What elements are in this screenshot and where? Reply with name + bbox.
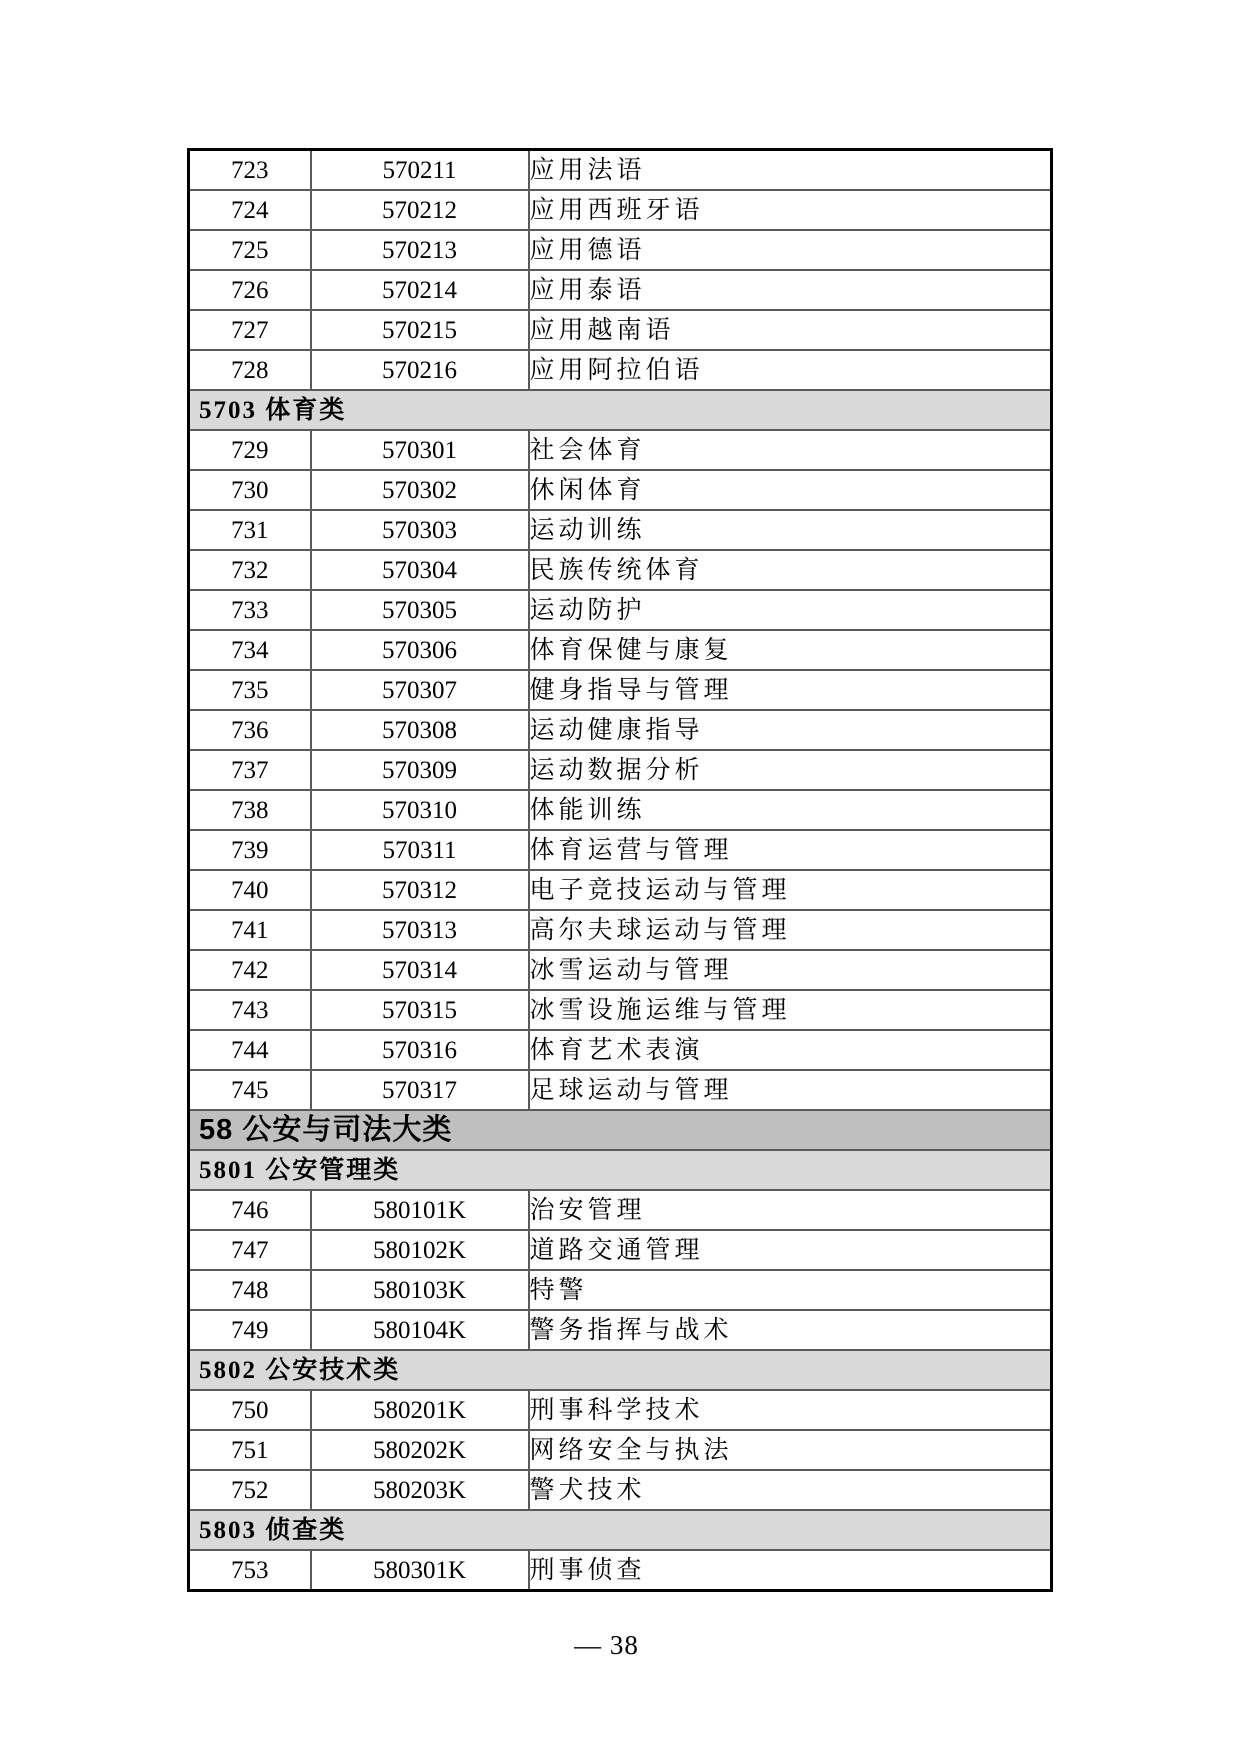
- code-cell: 570304: [311, 550, 529, 590]
- code-cell: 580101K: [311, 1190, 529, 1230]
- seq-cell: 749: [189, 1310, 311, 1350]
- seq-cell: 744: [189, 1030, 311, 1070]
- code-cell: 580301K: [311, 1550, 529, 1591]
- table-row: 748580103K特警: [189, 1270, 1052, 1310]
- name-cell: 社会体育: [529, 430, 1052, 470]
- section-header-label: 5801 公安管理类: [189, 1150, 1052, 1190]
- table-row: 723570211应用法语: [189, 150, 1052, 191]
- name-cell: 道路交通管理: [529, 1230, 1052, 1270]
- code-cell: 570302: [311, 470, 529, 510]
- name-cell: 应用德语: [529, 230, 1052, 270]
- code-cell: 570308: [311, 710, 529, 750]
- name-cell: 冰雪设施运维与管理: [529, 990, 1052, 1030]
- name-cell: 应用西班牙语: [529, 190, 1052, 230]
- seq-cell: 752: [189, 1470, 311, 1510]
- majors-table: 723570211应用法语724570212应用西班牙语725570213应用德…: [187, 148, 1053, 1592]
- code-cell: 570212: [311, 190, 529, 230]
- seq-cell: 731: [189, 510, 311, 550]
- table-row: 733570305运动防护: [189, 590, 1052, 630]
- code-cell: 570216: [311, 350, 529, 390]
- table-row: 738570310体能训练: [189, 790, 1052, 830]
- table-row: 747580102K道路交通管理: [189, 1230, 1052, 1270]
- code-cell: 580102K: [311, 1230, 529, 1270]
- code-cell: 570306: [311, 630, 529, 670]
- name-cell: 警务指挥与战术: [529, 1310, 1052, 1350]
- table-row: 741570313高尔夫球运动与管理: [189, 910, 1052, 950]
- table-row: 746580101K治安管理: [189, 1190, 1052, 1230]
- category-header-row: 58 公安与司法大类: [189, 1110, 1052, 1150]
- seq-cell: 732: [189, 550, 311, 590]
- code-cell: 570310: [311, 790, 529, 830]
- table-row: 740570312电子竞技运动与管理: [189, 870, 1052, 910]
- table-row: 739570311体育运营与管理: [189, 830, 1052, 870]
- seq-cell: 739: [189, 830, 311, 870]
- name-cell: 高尔夫球运动与管理: [529, 910, 1052, 950]
- section-header-row: 5803 侦查类: [189, 1510, 1052, 1550]
- seq-cell: 745: [189, 1070, 311, 1110]
- table-row: 725570213应用德语: [189, 230, 1052, 270]
- seq-cell: 747: [189, 1230, 311, 1270]
- seq-cell: 735: [189, 670, 311, 710]
- seq-cell: 743: [189, 990, 311, 1030]
- table-row: 745570317足球运动与管理: [189, 1070, 1052, 1110]
- name-cell: 休闲体育: [529, 470, 1052, 510]
- seq-cell: 740: [189, 870, 311, 910]
- name-cell: 运动数据分析: [529, 750, 1052, 790]
- seq-cell: 753: [189, 1550, 311, 1591]
- seq-cell: 729: [189, 430, 311, 470]
- name-cell: 刑事科学技术: [529, 1390, 1052, 1430]
- table-row: 743570315冰雪设施运维与管理: [189, 990, 1052, 1030]
- name-cell: 运动防护: [529, 590, 1052, 630]
- code-cell: 570314: [311, 950, 529, 990]
- name-cell: 特警: [529, 1270, 1052, 1310]
- table-row: 753580301K刑事侦查: [189, 1550, 1052, 1591]
- name-cell: 冰雪运动与管理: [529, 950, 1052, 990]
- seq-cell: 727: [189, 310, 311, 350]
- seq-cell: 724: [189, 190, 311, 230]
- name-cell: 刑事侦查: [529, 1550, 1052, 1591]
- name-cell: 体能训练: [529, 790, 1052, 830]
- section-header-row: 5802 公安技术类: [189, 1350, 1052, 1390]
- code-cell: 570211: [311, 150, 529, 191]
- seq-cell: 742: [189, 950, 311, 990]
- name-cell: 电子竞技运动与管理: [529, 870, 1052, 910]
- code-cell: 580103K: [311, 1270, 529, 1310]
- table-row: 749580104K警务指挥与战术: [189, 1310, 1052, 1350]
- code-cell: 570316: [311, 1030, 529, 1070]
- name-cell: 应用法语: [529, 150, 1052, 191]
- table-row: 734570306体育保健与康复: [189, 630, 1052, 670]
- seq-cell: 734: [189, 630, 311, 670]
- table-row: 732570304民族传统体育: [189, 550, 1052, 590]
- name-cell: 民族传统体育: [529, 550, 1052, 590]
- code-cell: 570305: [311, 590, 529, 630]
- category-header-label: 58 公安与司法大类: [189, 1110, 1052, 1150]
- code-cell: 570214: [311, 270, 529, 310]
- name-cell: 足球运动与管理: [529, 1070, 1052, 1110]
- code-cell: 580201K: [311, 1390, 529, 1430]
- seq-cell: 723: [189, 150, 311, 191]
- name-cell: 体育保健与康复: [529, 630, 1052, 670]
- code-cell: 570313: [311, 910, 529, 950]
- table-row: 742570314冰雪运动与管理: [189, 950, 1052, 990]
- seq-cell: 738: [189, 790, 311, 830]
- seq-cell: 751: [189, 1430, 311, 1470]
- code-cell: 570309: [311, 750, 529, 790]
- name-cell: 应用阿拉伯语: [529, 350, 1052, 390]
- code-cell: 570315: [311, 990, 529, 1030]
- seq-cell: 733: [189, 590, 311, 630]
- section-header-label: 5703 体育类: [189, 390, 1052, 430]
- name-cell: 治安管理: [529, 1190, 1052, 1230]
- table-row: 727570215应用越南语: [189, 310, 1052, 350]
- section-header-label: 5802 公安技术类: [189, 1350, 1052, 1390]
- name-cell: 网络安全与执法: [529, 1430, 1052, 1470]
- name-cell: 体育运营与管理: [529, 830, 1052, 870]
- seq-cell: 741: [189, 910, 311, 950]
- section-header-label: 5803 侦查类: [189, 1510, 1052, 1550]
- table-row: 729570301社会体育: [189, 430, 1052, 470]
- name-cell: 警犬技术: [529, 1470, 1052, 1510]
- section-header-row: 5801 公安管理类: [189, 1150, 1052, 1190]
- table-row: 736570308运动健康指导: [189, 710, 1052, 750]
- code-cell: 570307: [311, 670, 529, 710]
- code-cell: 570301: [311, 430, 529, 470]
- name-cell: 应用泰语: [529, 270, 1052, 310]
- table-row: 724570212应用西班牙语: [189, 190, 1052, 230]
- document-page: 723570211应用法语724570212应用西班牙语725570213应用德…: [0, 0, 1241, 1755]
- code-cell: 570312: [311, 870, 529, 910]
- seq-cell: 750: [189, 1390, 311, 1430]
- seq-cell: 736: [189, 710, 311, 750]
- code-cell: 580104K: [311, 1310, 529, 1350]
- seq-cell: 737: [189, 750, 311, 790]
- table-row: 731570303运动训练: [189, 510, 1052, 550]
- code-cell: 570311: [311, 830, 529, 870]
- table-row: 728570216应用阿拉伯语: [189, 350, 1052, 390]
- section-header-row: 5703 体育类: [189, 390, 1052, 430]
- seq-cell: 725: [189, 230, 311, 270]
- code-cell: 570215: [311, 310, 529, 350]
- code-cell: 580202K: [311, 1430, 529, 1470]
- table-row: 726570214应用泰语: [189, 270, 1052, 310]
- table-row: 735570307健身指导与管理: [189, 670, 1052, 710]
- seq-cell: 730: [189, 470, 311, 510]
- code-cell: 570317: [311, 1070, 529, 1110]
- name-cell: 体育艺术表演: [529, 1030, 1052, 1070]
- seq-cell: 726: [189, 270, 311, 310]
- table-row: 751580202K网络安全与执法: [189, 1430, 1052, 1470]
- table-row: 744570316体育艺术表演: [189, 1030, 1052, 1070]
- table-row: 750580201K刑事科学技术: [189, 1390, 1052, 1430]
- page-number: — 38: [574, 1630, 639, 1660]
- majors-table-body: 723570211应用法语724570212应用西班牙语725570213应用德…: [189, 150, 1052, 1591]
- name-cell: 健身指导与管理: [529, 670, 1052, 710]
- code-cell: 570213: [311, 230, 529, 270]
- name-cell: 运动健康指导: [529, 710, 1052, 750]
- seq-cell: 746: [189, 1190, 311, 1230]
- table-row: 730570302休闲体育: [189, 470, 1052, 510]
- name-cell: 应用越南语: [529, 310, 1052, 350]
- table-row: 737570309运动数据分析: [189, 750, 1052, 790]
- code-cell: 580203K: [311, 1470, 529, 1510]
- name-cell: 运动训练: [529, 510, 1052, 550]
- page-footer: — 38: [0, 1630, 1227, 1661]
- table-row: 752580203K警犬技术: [189, 1470, 1052, 1510]
- seq-cell: 748: [189, 1270, 311, 1310]
- code-cell: 570303: [311, 510, 529, 550]
- seq-cell: 728: [189, 350, 311, 390]
